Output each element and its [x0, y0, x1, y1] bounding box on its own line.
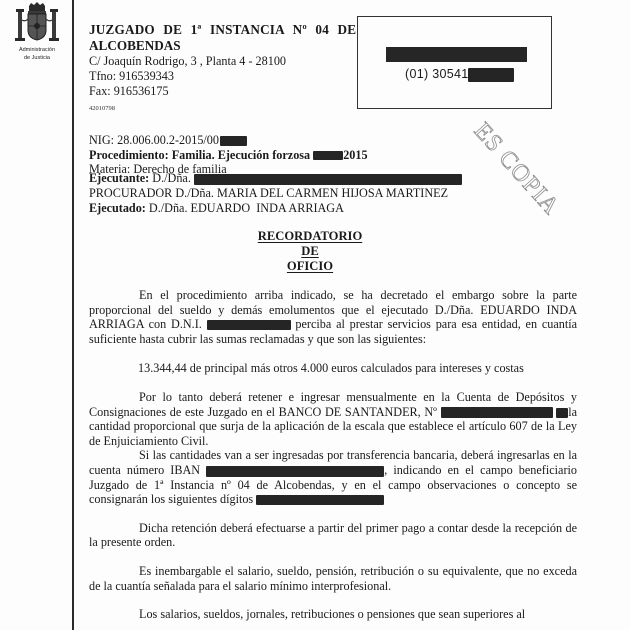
paragraph-retention: Dicha retención deberá efectuarse a part…	[89, 521, 577, 550]
redacted-recipient-code	[468, 68, 514, 82]
redacted-dni	[207, 320, 291, 330]
paragraph-salaries: Los salarios, sueldos, jornales, retribu…	[89, 607, 577, 622]
procurator-line: PROCURADOR D./Dña. MARIA DEL CARMEN HIJO…	[89, 186, 462, 201]
executor-prefix: D./Dña.	[152, 171, 191, 185]
court-phone: Tfno: 916539343	[89, 69, 359, 84]
recipient-address-box: (01) 30541	[357, 16, 552, 109]
nig-number: NIG: 28.006.00.2-2015/00	[89, 133, 219, 147]
paragraph-deposit: Por lo tanto deberá retener e ingresar m…	[89, 390, 577, 448]
logo-text-line1: Administración	[8, 47, 66, 54]
procedure-year: 2015	[343, 148, 367, 162]
redacted-executor-name	[194, 174, 462, 185]
redacted-account-suffix	[556, 408, 568, 418]
title-line1: RECORDATORIO	[200, 229, 420, 244]
procedure-label: Procedimiento: Familia. Ejecución forzos…	[89, 148, 310, 162]
logo: Administración de Justicia	[8, 2, 66, 64]
executed-label: Ejecutado:	[89, 201, 146, 215]
court-fax: Fax: 916536175	[89, 84, 359, 99]
court-code: 42010798	[89, 104, 359, 113]
recipient-code-line: (01) 30541	[405, 67, 514, 82]
executor-line: Ejecutante: D./Dña.	[89, 171, 462, 186]
paragraph-transfer: Si las cantidades van a ser ingresadas p…	[89, 448, 577, 506]
case-meta: NIG: 28.006.00.2-2015/00 Procedimiento: …	[89, 133, 368, 177]
parties-block: Ejecutante: D./Dña. PROCURADOR D./Dña. M…	[89, 171, 462, 215]
court-address: C/ Joaquín Rodrigo, 3 , Planta 4 - 28100	[89, 54, 359, 69]
logo-text-line2: de Justicia	[8, 55, 66, 62]
redacted-nig	[220, 136, 247, 146]
redacted-account-number	[441, 407, 553, 418]
margin-divider	[72, 0, 74, 630]
title-line3: OFICIO	[200, 259, 420, 274]
redacted-iban	[206, 466, 384, 477]
nig-line: NIG: 28.006.00.2-2015/00	[89, 133, 368, 148]
redacted-recipient-name	[386, 47, 527, 62]
executed-name: D./Dña. EDUARDO INDA ARRIAGA	[149, 201, 344, 215]
document-title: RECORDATORIO DE OFICIO	[200, 229, 420, 273]
redacted-digits	[256, 495, 384, 505]
paragraph-unseizable: Es inembargable el salario, sueldo, pens…	[89, 564, 577, 593]
executed-line: Ejecutado: D./Dña. EDUARDO INDA ARRIAGA	[89, 201, 462, 216]
coat-of-arms-icon	[13, 2, 61, 46]
document-page: Administración de Justicia JUZGADO DE 1ª…	[0, 0, 630, 630]
copy-stamp: ES COPIA	[468, 118, 564, 221]
redacted-procedure-number	[313, 151, 343, 160]
court-header: JUZGADO DE 1ª INSTANCIA Nº 04 DE ALCOBEN…	[89, 22, 359, 115]
procedure-line: Procedimiento: Familia. Ejecución forzos…	[89, 148, 368, 163]
recipient-code: (01) 30541	[405, 67, 468, 81]
amount-line: 13.344,44 de principal más otros 4.000 e…	[89, 361, 577, 376]
document-body: En el procedimiento arriba indicado, se …	[89, 288, 577, 622]
title-line2: DE	[200, 244, 420, 259]
court-name: JUZGADO DE 1ª INSTANCIA Nº 04 DE	[89, 22, 359, 38]
court-city: ALCOBENDAS	[89, 38, 359, 54]
paragraph-embargo: En el procedimiento arriba indicado, se …	[89, 288, 577, 346]
executor-label: Ejecutante:	[89, 171, 149, 185]
